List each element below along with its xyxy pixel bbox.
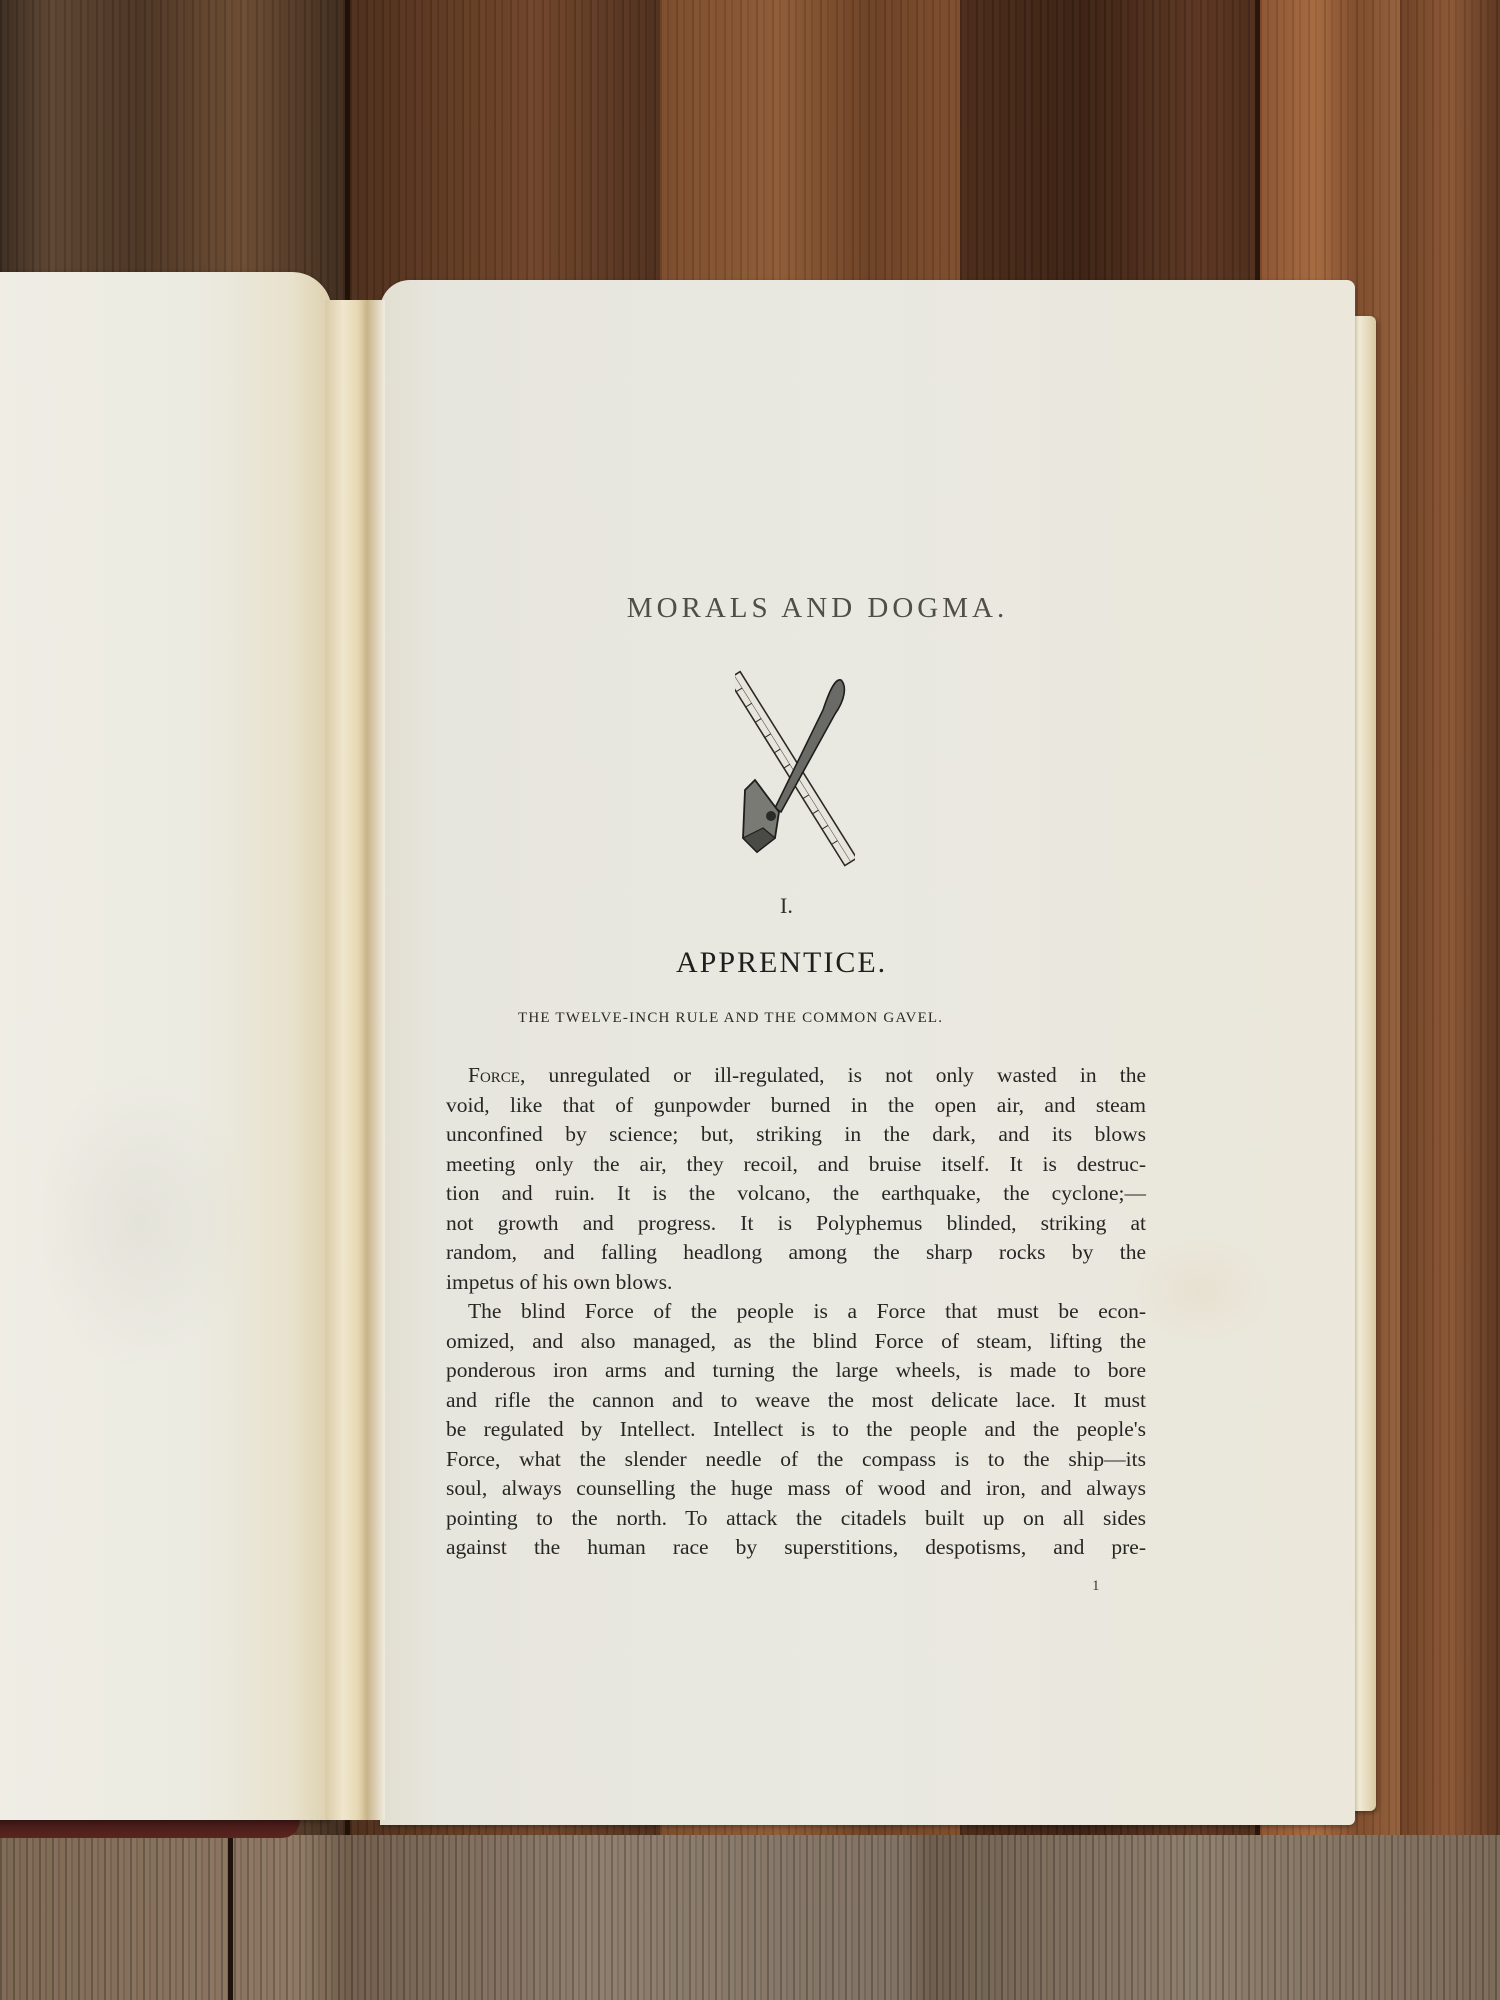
chapter-title: APPRENTICE.: [676, 946, 887, 980]
running-title: MORALS AND DOGMA.: [390, 592, 1245, 625]
book-gutter: [325, 300, 385, 1820]
page-number: 1: [1092, 1578, 1100, 1595]
text-line: and rifle the cannon and to weave the mo…: [446, 1386, 1146, 1416]
text-line: not growth and progress. It is Polyphemu…: [446, 1209, 1146, 1239]
text-line: ponderous iron arms and turning the larg…: [446, 1356, 1146, 1386]
text-line: Force, unregulated or ill-regulated, is …: [446, 1061, 1146, 1091]
text-line: impetus of his own blows.: [446, 1268, 1146, 1298]
text-line: omized, and also managed, as the blind F…: [446, 1327, 1146, 1357]
plank-seam: [228, 1835, 233, 2000]
text-line: pointing to the north. To attack the cit…: [446, 1504, 1146, 1534]
text-line: tion and ruin. It is the volcano, the ea…: [446, 1179, 1146, 1209]
body-text: Force, unregulated or ill-regulated, is …: [446, 1061, 1146, 1563]
text-line: against the human race by superstitions,…: [446, 1533, 1146, 1563]
rule-and-gavel-emblem-icon: [735, 662, 855, 872]
text-line: be regulated by Intellect. Intellect is …: [446, 1415, 1146, 1445]
chapter-numeral: I.: [780, 893, 793, 919]
text-line: void, like that of gunpowder burned in t…: [446, 1091, 1146, 1121]
wood-grain: [0, 1835, 1500, 2000]
small-caps-lead: Force: [468, 1063, 520, 1087]
text-line: Force, what the slender needle of the co…: [446, 1445, 1146, 1475]
table-plank: [1400, 0, 1500, 2000]
text-line: random, and falling headlong among the s…: [446, 1238, 1146, 1268]
text-line: unconfined by science; but, striking in …: [446, 1120, 1146, 1150]
right-page: [380, 280, 1355, 1825]
left-page-blank: [0, 272, 332, 1820]
chapter-subtitle: THE TWELVE-INCH RULE AND THE COMMON GAVE…: [518, 1010, 943, 1027]
text-line: soul, always counselling the huge mass o…: [446, 1474, 1146, 1504]
text-line: meeting only the air, they recoil, and b…: [446, 1150, 1146, 1180]
text-line: The blind Force of the people is a Force…: [446, 1297, 1146, 1327]
